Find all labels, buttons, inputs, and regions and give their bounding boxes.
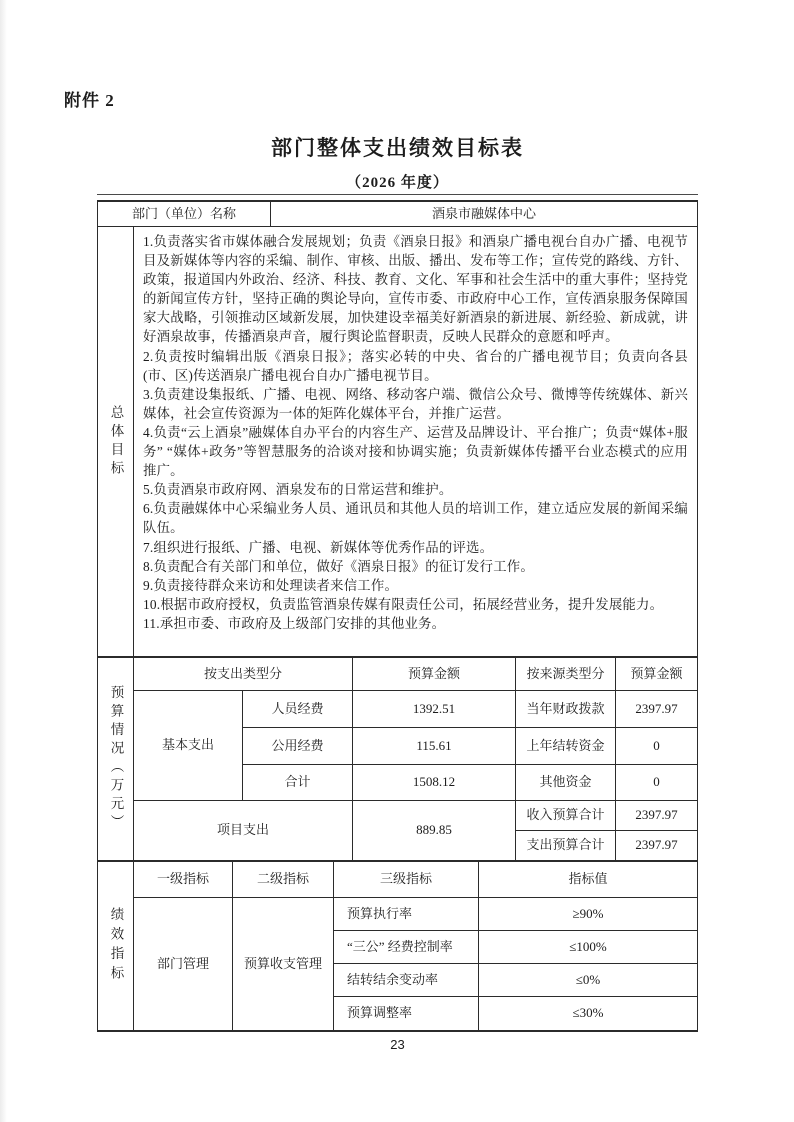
performance-target-table: 部门（单位）名称 酒泉市融媒体中心 总体目标 1.负责落实省市媒体融合发展规划；… xyxy=(97,200,698,1032)
department-row: 部门（单位）名称 酒泉市融媒体中心 xyxy=(98,202,697,227)
overall-goal-text: 1.负责落实省市媒体融合发展规划；负责《酒泉日报》和酒泉广播电视台自办广播、电视… xyxy=(134,227,697,656)
source-row-name: 其他资金 xyxy=(516,765,616,801)
attachment-label: 附件 2 xyxy=(64,86,115,111)
indicators-side-label: 绩效指标 xyxy=(98,862,134,1030)
indicator-name: “三公” 经费控制率 xyxy=(334,931,479,964)
goal-item: 3.负责建设集报纸、广播、电视、网络、移动客户端、微信公众号、微博等传统媒体、新… xyxy=(143,385,688,423)
goal-item: 10.根据市政府授权，负责监管酒泉传媒有限责任公司，拓展经营业务，提升发展能力。 xyxy=(143,595,688,614)
basic-expense-label: 基本支出 xyxy=(134,691,243,801)
source-row-amount: 2397.97 xyxy=(616,801,697,831)
department-name-value: 酒泉市融媒体中心 xyxy=(271,202,697,226)
goal-item: 7.组织进行报纸、广播、电视、新媒体等优秀作品的评选。 xyxy=(143,538,688,557)
budget-header-amount2: 预算金额 xyxy=(616,658,697,691)
indicator-name: 预算调整率 xyxy=(334,997,479,1030)
indicator-header-value: 指标值 xyxy=(479,862,697,898)
expense-row-amount: 1392.51 xyxy=(353,691,516,728)
indicators-section: 绩效指标 一级指标 二级指标 三级指标 指标值 部门管理 预算收支管理 预算执行… xyxy=(98,862,697,1030)
goal-item: 2.负责按时编辑出版《酒泉日报》；落实必转的中央、省台的广播电视节目；负责向各县… xyxy=(143,347,688,385)
goal-item: 5.负责酒泉市政府网、酒泉发布的日常运营和维护。 xyxy=(143,480,688,499)
project-expense-amount: 889.85 xyxy=(353,801,516,860)
indicator-header-level3: 三级指标 xyxy=(334,862,479,898)
indicator-name: 预算执行率 xyxy=(334,898,479,931)
expense-row-name: 人员经费 xyxy=(243,691,353,728)
expense-row-name: 公用经费 xyxy=(243,728,353,765)
goal-item: 6.负责融媒体中心采编业务人员、通讯员和其他人员的培训工作，建立适应发展的新闻采… xyxy=(143,499,688,537)
budget-section: 预算情况（万元） 按支出类型分 预算金额 按来源类型分 预算金额 基本支出 人员… xyxy=(98,658,697,862)
expense-row-name: 合计 xyxy=(243,765,353,801)
source-row-amount: 0 xyxy=(616,765,697,801)
overall-goal-side-label: 总体目标 xyxy=(98,227,134,656)
expense-row-amount: 1508.12 xyxy=(353,765,516,801)
indicator-value: ≤30% xyxy=(479,997,697,1030)
indicator-value: ≥90% xyxy=(479,898,697,931)
indicator-header-level1: 一级指标 xyxy=(134,862,233,898)
overall-goal-section: 总体目标 1.负责落实省市媒体融合发展规划；负责《酒泉日报》和酒泉广播电视台自办… xyxy=(98,227,697,658)
budget-header-expense-type: 按支出类型分 xyxy=(134,658,353,691)
budget-side-label: 预算情况（万元） xyxy=(98,658,134,860)
goal-item: 8.负责配合有关部门和单位，做好《酒泉日报》的征订发行工作。 xyxy=(143,557,688,576)
scan-left-shadow xyxy=(0,0,7,1122)
source-row-name: 收入预算合计 xyxy=(516,801,616,831)
page-number: 23 xyxy=(97,1037,698,1052)
table-top-rule xyxy=(97,194,698,195)
goal-item: 1.负责落实省市媒体融合发展规划；负责《酒泉日报》和酒泉广播电视台自办广播、电视… xyxy=(143,232,688,347)
expense-row-amount: 115.61 xyxy=(353,728,516,765)
page-title: 部门整体支出绩效目标表 xyxy=(97,132,698,162)
indicator-header-level2: 二级指标 xyxy=(233,862,334,898)
page-subtitle: （2026 年度） xyxy=(97,171,698,192)
indicator-level2-value: 预算收支管理 xyxy=(233,898,334,1030)
source-row-amount: 2397.97 xyxy=(616,831,697,860)
indicator-level1-value: 部门管理 xyxy=(134,898,233,1030)
goal-item: 9.负责接待群众来访和处理读者来信工作。 xyxy=(143,576,688,595)
indicator-name: 结转结余变动率 xyxy=(334,964,479,997)
indicator-value: ≤0% xyxy=(479,964,697,997)
source-row-name: 上年结转资金 xyxy=(516,728,616,765)
goal-item: 4.负责“云上酒泉”融媒体自办平台的内容生产、运营及品牌设计、平台推广；负责“媒… xyxy=(143,423,688,480)
department-name-label: 部门（单位）名称 xyxy=(98,202,271,226)
budget-header-amount: 预算金额 xyxy=(353,658,516,691)
source-row-amount: 2397.97 xyxy=(616,691,697,728)
source-row-name: 当年财政拨款 xyxy=(516,691,616,728)
source-row-name: 支出预算合计 xyxy=(516,831,616,860)
budget-header-source-type: 按来源类型分 xyxy=(516,658,616,691)
project-expense-label: 项目支出 xyxy=(134,801,353,860)
source-row-amount: 0 xyxy=(616,728,697,765)
indicator-value: ≤100% xyxy=(479,931,697,964)
goal-item: 11.承担市委、市政府及上级部门安排的其他业务。 xyxy=(143,614,688,633)
